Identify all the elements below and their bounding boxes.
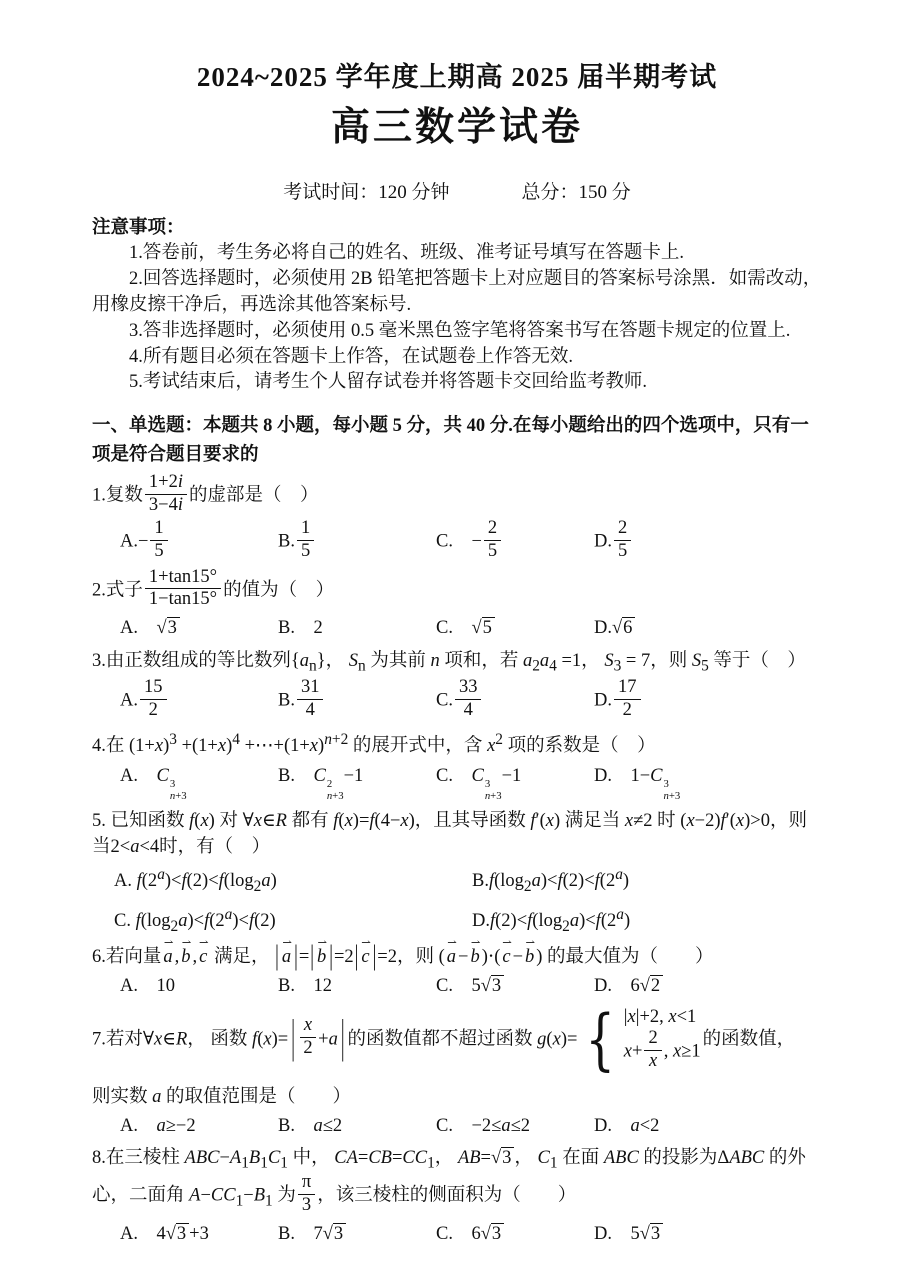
- option-c: C. −2≤a≤2: [436, 1113, 594, 1139]
- notice-heading: 注意事项：: [92, 215, 822, 241]
- option-d: D.172: [594, 680, 643, 723]
- option-d: D. 5√3: [594, 1221, 663, 1247]
- exam-duration: 考试时间：120 分钟: [283, 180, 449, 207]
- question-2-stem: 2.式子1+tan15°1−tan15°的值为（ ）: [92, 570, 822, 613]
- notice-item-5: 5.考试结束后，请考生个人留存试卷并将答题卡交回给监考教师.: [92, 370, 822, 396]
- question-1: 1.复数1+2i3−4i的虚部是（ ） A.−15 B.15 C. −25 D.…: [92, 475, 822, 564]
- option-b: B.314: [278, 680, 436, 723]
- option-a: A.152: [120, 680, 278, 723]
- question-4: 4.在 (1+x)3 +(1+x)4 +⋯+(1+x)n+2 的展开式中，含 x…: [92, 729, 822, 802]
- option-c: C. C3n+3−1: [436, 763, 594, 803]
- notice-item-2: 2.回答选择题时，必须使用 2B 铅笔把答题卡上对应题目的答案标号涂黑．如需改动…: [92, 267, 822, 319]
- question-6: 6.若向量a,b,c 满足， |a|=|b|=2|c|=2，则 (a−b)⋅(c…: [92, 944, 822, 1000]
- question-5-stem: 5. 已知函数 f(x) 对 ∀x∈R 都有 f(x)=f(4−x)，且其导函数…: [92, 808, 822, 861]
- question-4-stem: 4.在 (1+x)3 +(1+x)4 +⋯+(1+x)n+2 的展开式中，含 x…: [92, 729, 822, 759]
- option-b: B. C2n+3−1: [278, 763, 436, 803]
- question-7-options: A. a≥−2 B. a≤2 C. −2≤a≤2 D. a<2: [92, 1113, 822, 1139]
- option-c: C.334: [436, 680, 594, 723]
- option-b: B. 7√3: [278, 1221, 436, 1247]
- option-d: D.25: [594, 521, 633, 564]
- option-a: A. √3: [120, 615, 278, 641]
- question-8: 8.在三棱柱 ABC−A1B1C1 中， CA=CB=CC1， AB=√3， C…: [92, 1145, 822, 1247]
- option-c: C. f(log2a)<f(2a)<f(2): [114, 904, 472, 938]
- option-d: D. 6√2: [594, 973, 663, 999]
- option-d: D.f(2)<f(log2a)<f(2a): [472, 904, 822, 938]
- option-b: B.15: [278, 521, 436, 564]
- option-a: A. f(2a)<f(2)<f(log2a): [114, 864, 472, 898]
- question-7-stem: 7.若对∀x∈R， 函数 f(x)=|x2+a|的函数值都不超过函数 g(x)=…: [92, 1006, 822, 1074]
- option-a: A. 10: [120, 973, 278, 999]
- question-7-stem-line2: 则实数 a 的取值范围是（ ）: [92, 1084, 822, 1110]
- question-5: 5. 已知函数 f(x) 对 ∀x∈R 都有 f(x)=f(4−x)，且其导函数…: [92, 808, 822, 938]
- section1-heading: 一、单选题：本题共 8 小题，每小题 5 分，共 40 分.在每小题给出的四个选…: [92, 412, 822, 469]
- option-d: D. 1−C3n+3: [594, 763, 680, 803]
- exam-total-score: 总分：150 分: [522, 180, 631, 207]
- question-3-options: A.152 B.314 C.334 D.172: [92, 680, 822, 723]
- notice-item-3: 3.答非选择题时，必须使用 0.5 毫米黑色签字笔将答案书写在答题卡规定的位置上…: [92, 319, 822, 345]
- question-7: 7.若对∀x∈R， 函数 f(x)=|x2+a|的函数值都不超过函数 g(x)=…: [92, 1006, 822, 1140]
- option-b: B.f(log2a)<f(2)<f(2a): [472, 864, 822, 898]
- question-6-stem: 6.若向量a,b,c 满足， |a|=|b|=2|c|=2，则 (a−b)⋅(c…: [92, 944, 822, 970]
- option-d: D.√6: [594, 615, 635, 641]
- option-c: C. −25: [436, 521, 594, 564]
- question-5-options: A. f(2a)<f(2)<f(log2a) B.f(log2a)<f(2)<f…: [92, 864, 822, 938]
- exam-paper: 2024~2025 学年度上期高 2025 届半期考试 高三数学试卷 考试时间：…: [0, 0, 900, 1284]
- question-6-options: A. 10 B. 12 C. 5√3 D. 6√2: [92, 973, 822, 999]
- option-b: B. 2: [278, 615, 436, 641]
- notice-item-4: 4.所有题目必须在答题卡上作答，在试题卷上作答无效.: [92, 345, 822, 371]
- notice-item-1: 1.答卷前，考生务必将自己的姓名、班级、准考证号填写在答题卡上.: [92, 241, 822, 267]
- notice-section: 注意事项： 1.答卷前，考生务必将自己的姓名、班级、准考证号填写在答题卡上. 2…: [92, 215, 822, 397]
- option-a: A.−15: [120, 521, 278, 564]
- option-d: D. a<2: [594, 1113, 659, 1139]
- option-a: A. 4√3+3: [120, 1221, 278, 1247]
- option-c: C. 6√3: [436, 1221, 594, 1247]
- option-c: C. √5: [436, 615, 594, 641]
- question-4-options: A. C3n+3 B. C2n+3−1 C. C3n+3−1 D. 1−C3n+…: [92, 763, 822, 803]
- question-2-options: A. √3 B. 2 C. √5 D.√6: [92, 615, 822, 641]
- question-3: 3.由正数组成的等比数列{an}， Sn 为其前 n 项和，若 a2a4 =1，…: [92, 648, 822, 724]
- question-8-stem: 8.在三棱柱 ABC−A1B1C1 中， CA=CB=CC1， AB=√3， C…: [92, 1145, 822, 1218]
- exam-meta: 考试时间：120 分钟 总分：150 分: [92, 180, 822, 207]
- option-c: C. 5√3: [436, 973, 594, 999]
- question-8-options: A. 4√3+3 B. 7√3 C. 6√3 D. 5√3: [92, 1221, 822, 1247]
- exam-title-line2: 高三数学试卷: [92, 100, 822, 155]
- option-b: B. a≤2: [278, 1113, 436, 1139]
- option-a: A. C3n+3: [120, 763, 278, 803]
- exam-title-line1: 2024~2025 学年度上期高 2025 届半期考试: [92, 58, 822, 96]
- option-a: A. a≥−2: [120, 1113, 278, 1139]
- question-2: 2.式子1+tan15°1−tan15°的值为（ ） A. √3 B. 2 C.…: [92, 570, 822, 642]
- question-1-options: A.−15 B.15 C. −25 D.25: [92, 521, 822, 564]
- question-1-stem: 1.复数1+2i3−4i的虚部是（ ）: [92, 475, 822, 518]
- question-3-stem: 3.由正数组成的等比数列{an}， Sn 为其前 n 项和，若 a2a4 =1，…: [92, 648, 822, 678]
